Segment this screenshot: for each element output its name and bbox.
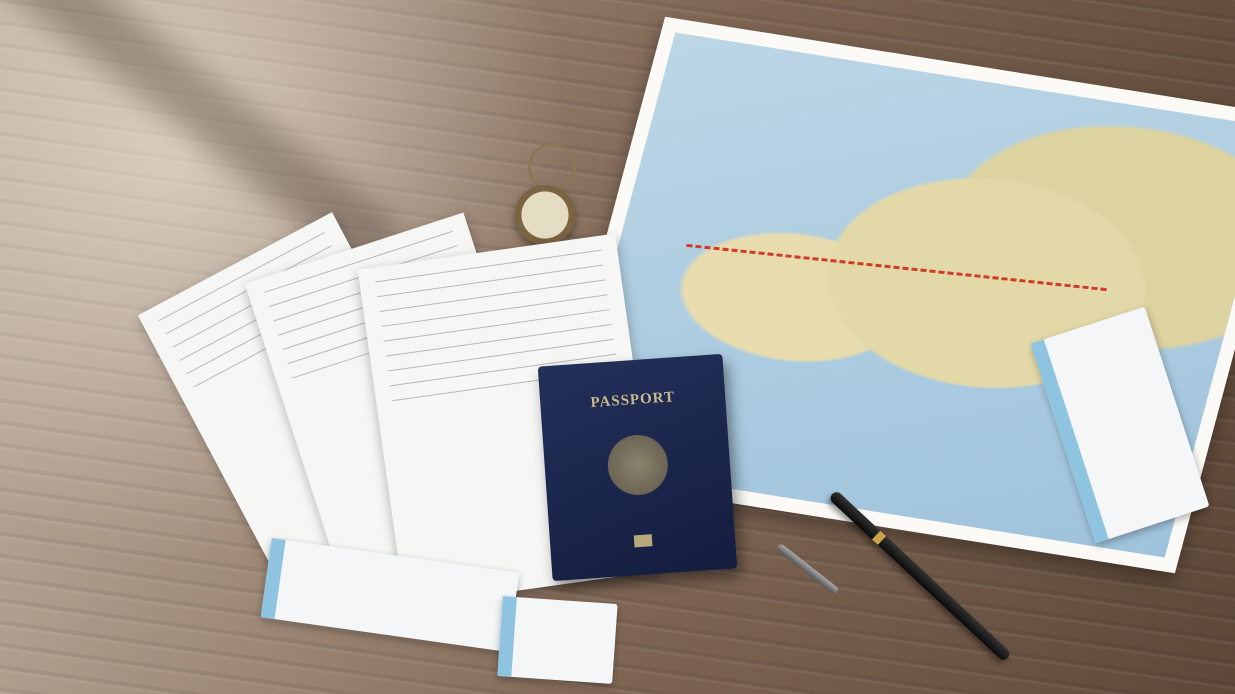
compass-ring [528, 143, 576, 191]
biometric-chip-icon [633, 534, 652, 547]
passport: PASSPORT [538, 354, 738, 581]
compass [515, 185, 575, 245]
eagle-seal-icon [605, 433, 669, 497]
passport-title: PASSPORT [540, 386, 726, 416]
boarding-ticket [497, 596, 617, 684]
